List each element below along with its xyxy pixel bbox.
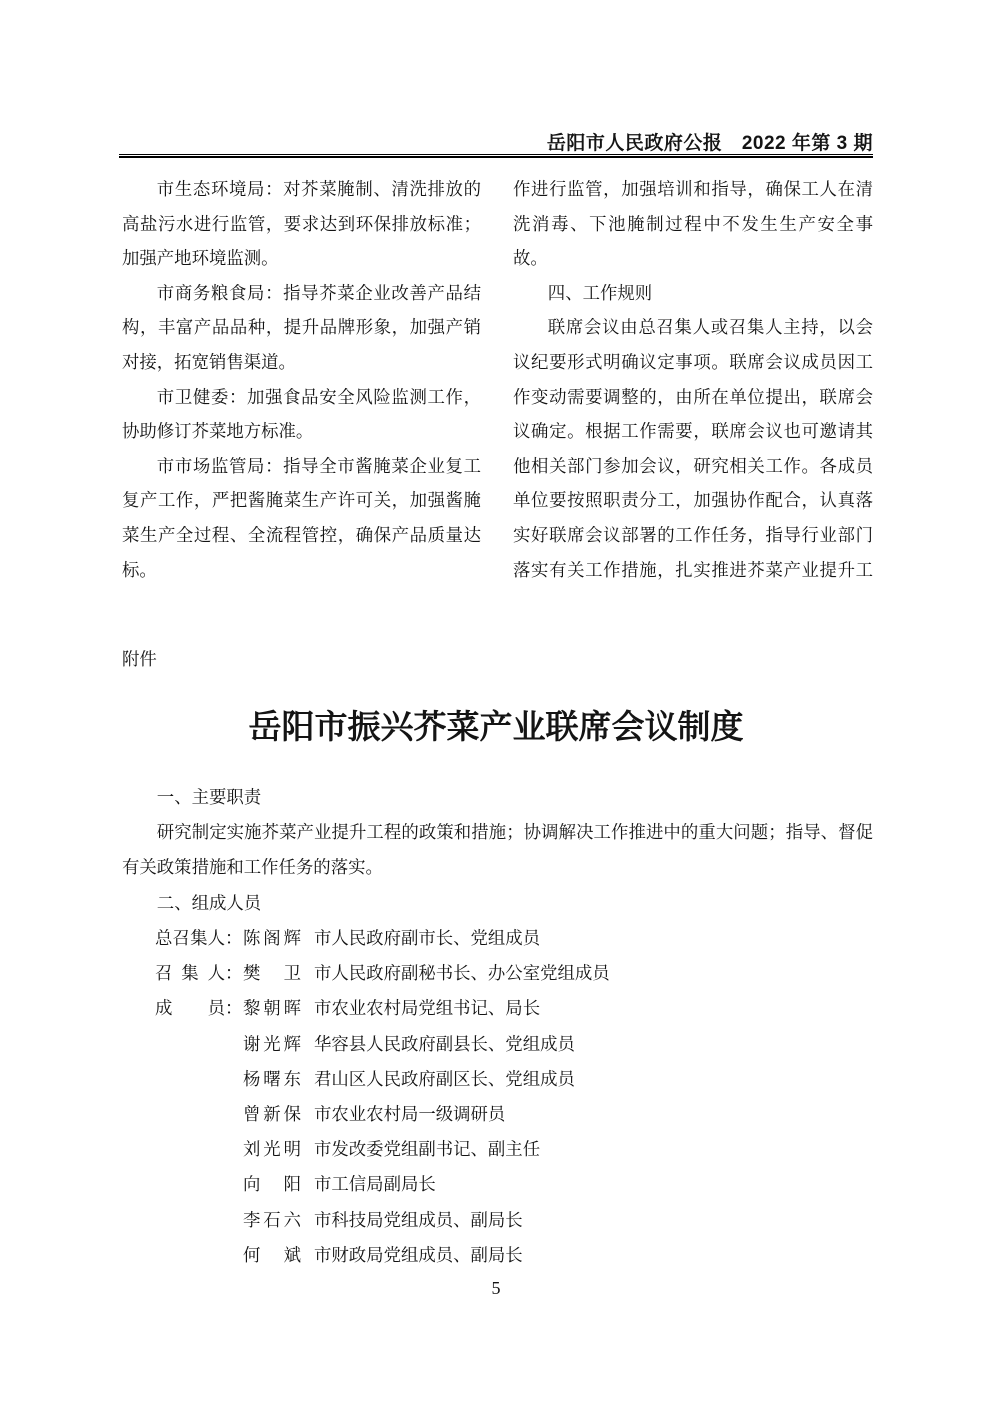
member-row: 曾新保市农业农村局一级调研员 [122, 1097, 873, 1132]
member-colon: ： [225, 921, 243, 956]
paragraph-work-rules-body: 联席会议由总召集人或召集人主持，以会议纪要形式明确议定事项。联席会议成员因工作变… [513, 310, 873, 590]
running-header-text: 岳阳市人民政府公报 2022 年第 3 期 [547, 128, 873, 155]
paragraph-market-regulation-bureau: 市市场监管局：指导全市酱腌菜企业复工复产工作，严把酱腌菜生产许可关，加强酱腌菜生… [122, 449, 481, 587]
member-role: 成员 [155, 991, 225, 1026]
member-name: 何斌 [243, 1238, 301, 1273]
member-colon: ： [225, 956, 243, 991]
member-row: 向阳市工信局副局长 [122, 1167, 873, 1202]
member-name: 谢光辉 [243, 1027, 301, 1062]
member-position: 市发改委党组副书记、副主任 [314, 1139, 540, 1159]
header-rule [119, 154, 873, 158]
member-position: 华容县人民政府副县长、党组成员 [314, 1034, 575, 1054]
paragraph-main-duties-body: 研究制定实施芥菜产业提升工程的政策和措施；协调解决工作推进中的重大问题；指导、督… [122, 815, 873, 885]
paragraph-emergency-bureau: 市应急局：对酱腌菜生产企业安全生产工 [122, 587, 481, 590]
member-row: 杨曙东君山区人民政府副区长、党组成员 [122, 1062, 873, 1097]
member-row: 谢光辉华容县人民政府副县长、党组成员 [122, 1027, 873, 1062]
paragraph-emergency-bureau-continued: 作进行监管，加强培训和指导，确保工人在清洗消毒、下池腌制过程中不发生生产安全事故… [513, 172, 873, 276]
member-role: 总召集人 [155, 921, 225, 956]
section-heading-members: 二、组成人员 [122, 886, 873, 921]
gazette-page: 岳阳市人民政府公报 2022 年第 3 期 市生态环境局：对芥菜腌制、清洗排放的… [0, 0, 992, 1403]
section-heading-main-duties: 一、主要职责 [122, 780, 873, 815]
section-heading-work-rules: 四、工作规则 [513, 276, 873, 311]
member-position: 市财政局党组成员、副局长 [314, 1245, 523, 1265]
member-row: 何斌市财政局党组成员、副局长 [122, 1238, 873, 1273]
member-name: 向阳 [243, 1167, 301, 1202]
member-position: 君山区人民政府副区长、党组成员 [314, 1069, 575, 1089]
member-row: 成员：黎朝晖市农业农村局党组书记、局长 [122, 991, 873, 1026]
member-colon: ： [225, 991, 243, 1026]
paragraph-ecology-bureau: 市生态环境局：对芥菜腌制、清洗排放的高盐污水进行监管，要求达到环保排放标准；加强… [122, 172, 481, 276]
member-name: 黎朝晖 [243, 991, 301, 1026]
member-row: 李石六市科技局党组成员、副局长 [122, 1203, 873, 1238]
member-row: 刘光明市发改委党组副书记、副主任 [122, 1132, 873, 1167]
member-roster: 总召集人：陈阁辉市人民政府副市长、党组成员 召集人：樊卫市人民政府副秘书长、办公… [122, 921, 873, 1275]
right-column: 作进行监管，加强培训和指导，确保工人在清洗消毒、下池腌制过程中不发生生产安全事故… [513, 172, 873, 590]
paragraph-health-commission: 市卫健委：加强食品安全风险监测工作，协助修订芥菜地方标准。 [122, 380, 481, 449]
document-title: 岳阳市振兴芥菜产业联席会议制度 [0, 701, 992, 748]
member-row: 总召集人：陈阁辉市人民政府副市长、党组成员 [122, 921, 873, 956]
attachment-sections: 一、主要职责 研究制定实施芥菜产业提升工程的政策和措施；协调解决工作推进中的重大… [122, 780, 873, 921]
member-name: 陈阁辉 [243, 921, 301, 956]
member-position: 市人民政府副市长、党组成员 [314, 928, 540, 948]
member-role: 召集人 [155, 956, 225, 991]
body-columns: 市生态环境局：对芥菜腌制、清洗排放的高盐污水进行监管，要求达到环保排放标准；加强… [122, 172, 873, 590]
left-column: 市生态环境局：对芥菜腌制、清洗排放的高盐污水进行监管，要求达到环保排放标准；加强… [122, 172, 481, 590]
attachment-label: 附件 [122, 645, 157, 670]
paragraph-commerce-grain-bureau: 市商务粮食局：指导芥菜企业改善产品结构，丰富产品品种，提升品牌形象，加强产销对接… [122, 276, 481, 380]
member-position: 市工信局副局长 [314, 1174, 436, 1194]
member-position: 市科技局党组成员、副局长 [314, 1210, 523, 1230]
member-row: 召集人：樊卫市人民政府副秘书长、办公室党组成员 [122, 956, 873, 991]
member-name: 李石六 [243, 1203, 301, 1238]
member-position: 市人民政府副秘书长、办公室党组成员 [314, 963, 610, 983]
member-name: 刘光明 [243, 1132, 301, 1167]
page-number: 5 [0, 1278, 992, 1299]
member-position: 市农业农村局一级调研员 [314, 1104, 505, 1124]
member-name: 杨曙东 [243, 1062, 301, 1097]
member-name: 曾新保 [243, 1097, 301, 1132]
member-name: 樊卫 [243, 956, 301, 991]
member-position: 市农业农村局党组书记、局长 [314, 998, 540, 1018]
